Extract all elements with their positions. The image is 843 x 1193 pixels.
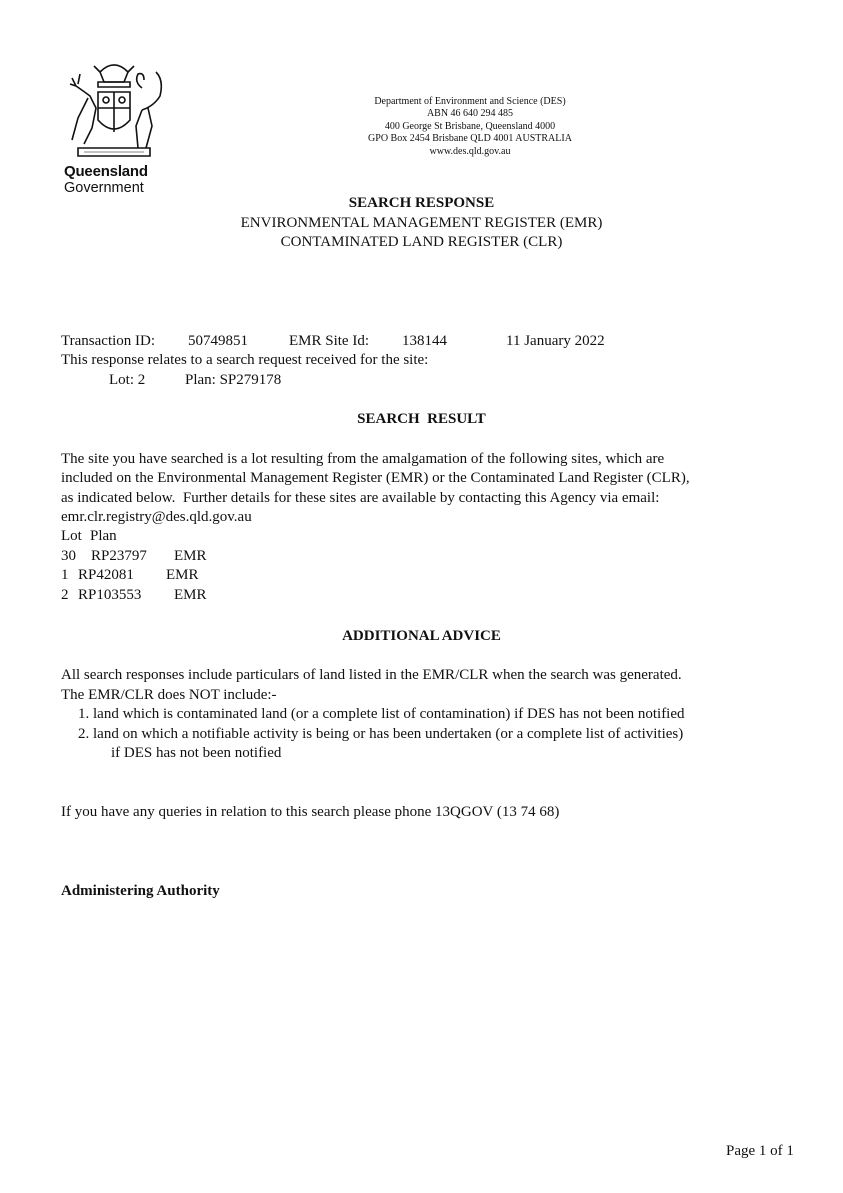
department-address: 400 George St Brisbane, Queensland 4000	[330, 121, 610, 133]
search-result-heading: SEARCH RESULT	[0, 411, 843, 428]
logo-text-queensland: Queensland	[64, 163, 148, 180]
department-name: Department of Environment and Science (D…	[330, 96, 610, 108]
document-subtitle-emr: ENVIRONMENTAL MANAGEMENT REGISTER (EMR)	[0, 215, 843, 232]
department-header: Department of Environment and Science (D…	[330, 96, 610, 158]
table-header-plan: Plan	[90, 528, 117, 545]
department-abn: ABN 46 640 294 485	[330, 108, 610, 120]
search-result-paragraph-line-3: as indicated below. Further details for …	[61, 490, 659, 507]
site-plan: Plan: SP279178	[185, 372, 281, 389]
advice-item-1: 1. land which is contaminated land (or a…	[78, 706, 685, 723]
row-lot: 2	[61, 587, 69, 604]
page-number: Page 1 of 1	[726, 1143, 794, 1160]
site-lot: Lot: 2	[109, 372, 145, 389]
row-lot: 30	[61, 548, 76, 565]
row-plan: RP42081	[78, 567, 134, 584]
emr-site-id-label: EMR Site Id:	[289, 333, 369, 350]
department-po-box: GPO Box 2454 Brisbane QLD 4001 AUSTRALIA	[330, 133, 610, 145]
advice-line-2: The EMR/CLR does NOT include:-	[61, 687, 277, 704]
queensland-coat-of-arms-icon	[58, 58, 170, 163]
contact-email[interactable]: emr.clr.registry@des.qld.gov.au	[61, 509, 252, 526]
row-register: EMR	[174, 587, 207, 604]
row-register: EMR	[166, 567, 199, 584]
row-register: EMR	[174, 548, 207, 565]
row-plan: RP23797	[91, 548, 147, 565]
advice-item-2-continued: if DES has not been notified	[111, 745, 281, 762]
document-title: SEARCH RESPONSE	[0, 195, 843, 212]
relates-text: This response relates to a search reques…	[61, 352, 428, 369]
search-result-paragraph-line-1: The site you have searched is a lot resu…	[61, 451, 664, 468]
document-subtitle-clr: CONTAMINATED LAND REGISTER (CLR)	[0, 234, 843, 251]
department-website: www.des.qld.gov.au	[330, 146, 610, 158]
transaction-date: 11 January 2022	[506, 333, 605, 350]
advice-item-2: 2. land on which a notifiable activity i…	[78, 726, 683, 743]
emr-site-id-value: 138144	[402, 333, 447, 350]
row-plan: RP103553	[78, 587, 141, 604]
transaction-id-label: Transaction ID:	[61, 333, 155, 350]
administering-authority: Administering Authority	[61, 883, 220, 900]
queries-text: If you have any queries in relation to t…	[61, 804, 559, 821]
search-result-paragraph-line-2: included on the Environmental Management…	[61, 470, 690, 487]
logo-text-government: Government	[64, 180, 144, 196]
transaction-id-value: 50749851	[188, 333, 248, 350]
table-header-lot: Lot	[61, 528, 82, 545]
advice-line-1: All search responses include particulars…	[61, 667, 682, 684]
row-lot: 1	[61, 567, 69, 584]
additional-advice-heading: ADDITIONAL ADVICE	[0, 628, 843, 645]
